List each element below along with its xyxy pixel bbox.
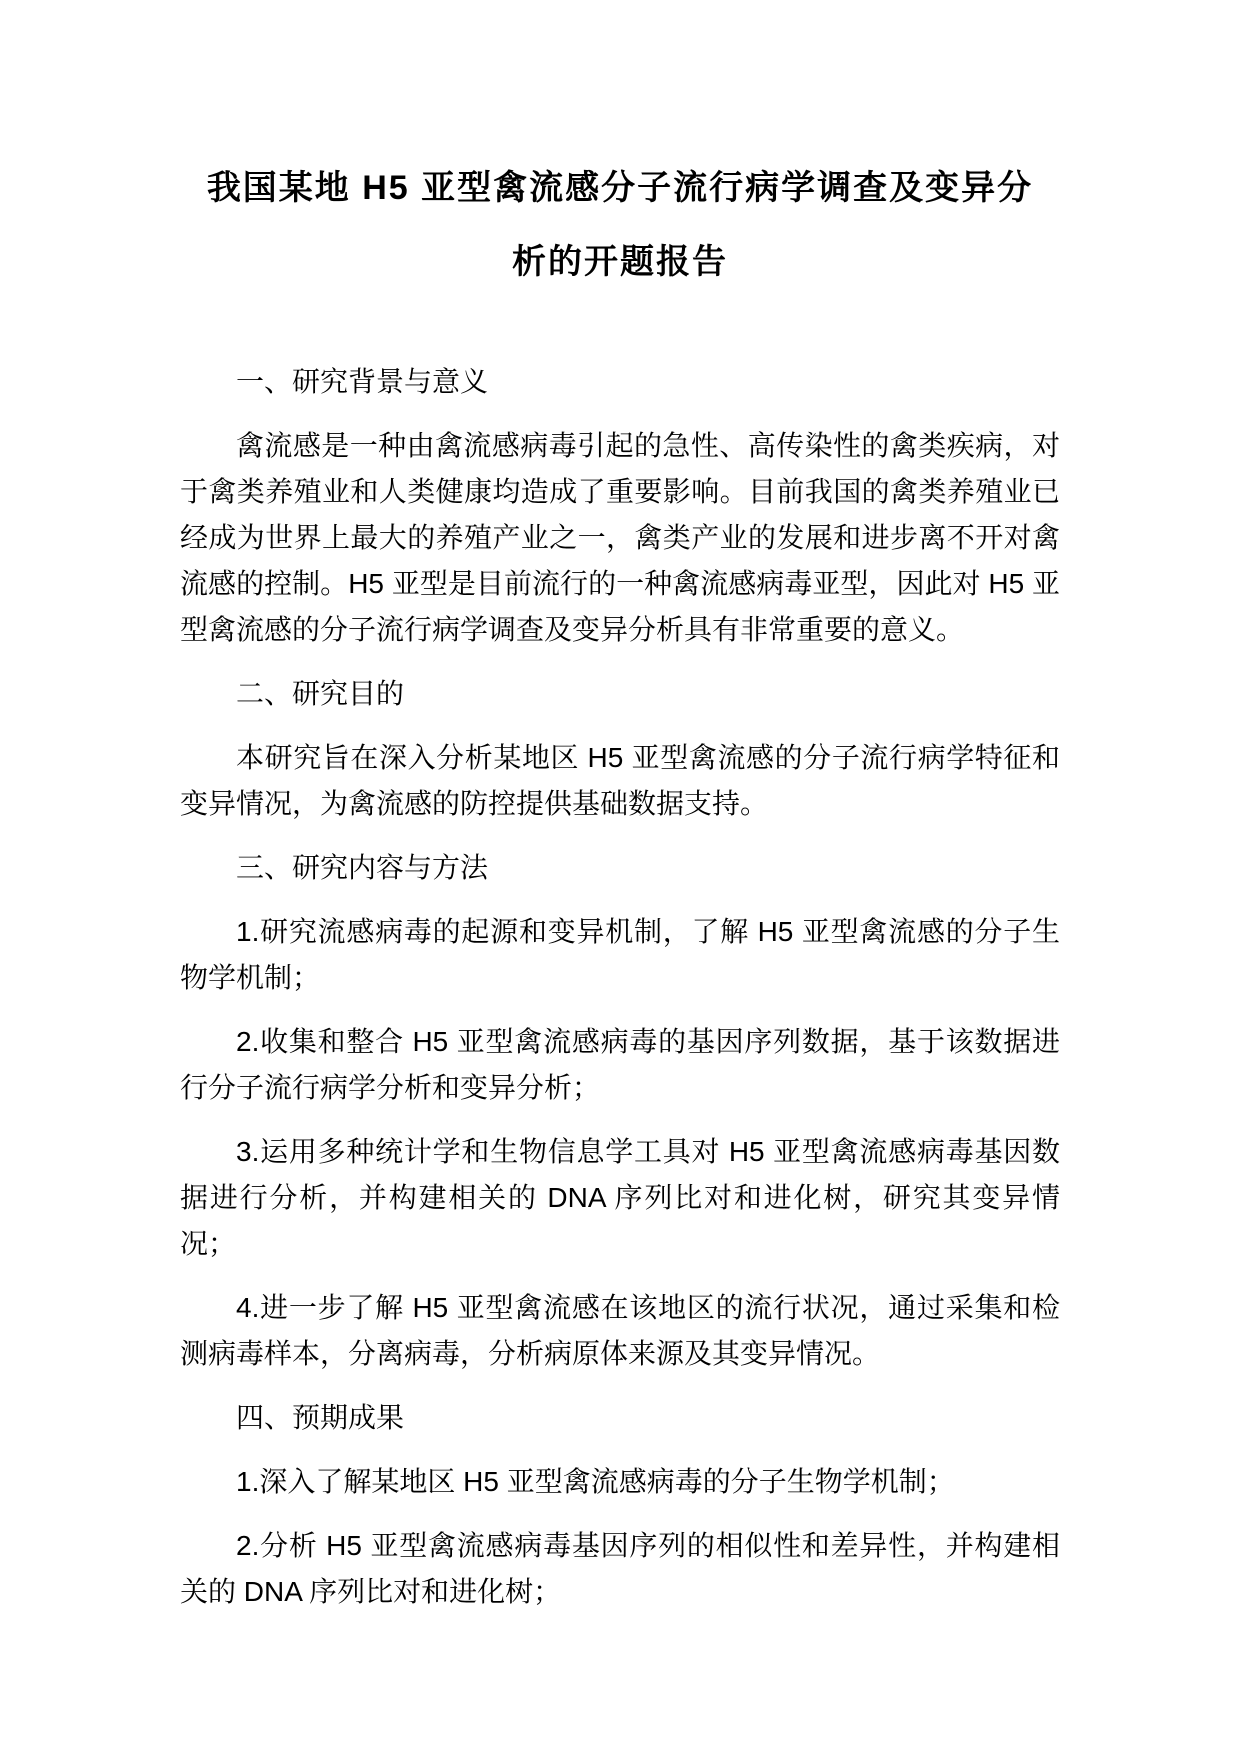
list-item-method-3: 3.运用多种统计学和生物信息学工具对 H5 亚型禽流感病毒基因数据进行分析，并构…	[180, 1129, 1060, 1267]
document-title-line-2: 析的开题报告	[180, 225, 1060, 299]
document-title: 我国某地 H5 亚型禽流感分子流行病学调查及变异分 析的开题报告	[180, 151, 1060, 299]
document-content: 我国某地 H5 亚型禽流感分子流行病学调查及变异分 析的开题报告 一、研究背景与…	[0, 0, 1240, 1615]
section-heading-purpose: 二、研究目的	[180, 671, 1060, 717]
list-item-result-2: 2.分析 H5 亚型禽流感病毒基因序列的相似性和差异性，并构建相关的 DNA 序…	[180, 1523, 1060, 1615]
list-item-method-4: 4.进一步了解 H5 亚型禽流感在该地区的流行状况，通过采集和检测病毒样本，分离…	[180, 1285, 1060, 1377]
list-item-result-1: 1.深入了解某地区 H5 亚型禽流感病毒的分子生物学机制；	[180, 1459, 1060, 1505]
paragraph-purpose: 本研究旨在深入分析某地区 H5 亚型禽流感的分子流行病学特征和变异情况，为禽流感…	[180, 735, 1060, 827]
section-heading-background: 一、研究背景与意义	[180, 359, 1060, 405]
document-page: 我国某地 H5 亚型禽流感分子流行病学调查及变异分 析的开题报告 一、研究背景与…	[0, 0, 1240, 1753]
section-heading-methods: 三、研究内容与方法	[180, 845, 1060, 891]
list-item-method-2: 2.收集和整合 H5 亚型禽流感病毒的基因序列数据，基于该数据进行分子流行病学分…	[180, 1019, 1060, 1111]
document-title-line-1: 我国某地 H5 亚型禽流感分子流行病学调查及变异分	[180, 151, 1060, 225]
paragraph-background: 禽流感是一种由禽流感病毒引起的急性、高传染性的禽类疾病，对于禽类养殖业和人类健康…	[180, 423, 1060, 653]
list-item-method-1: 1.研究流感病毒的起源和变异机制，了解 H5 亚型禽流感的分子生物学机制；	[180, 909, 1060, 1001]
section-heading-expected-results: 四、预期成果	[180, 1395, 1060, 1441]
